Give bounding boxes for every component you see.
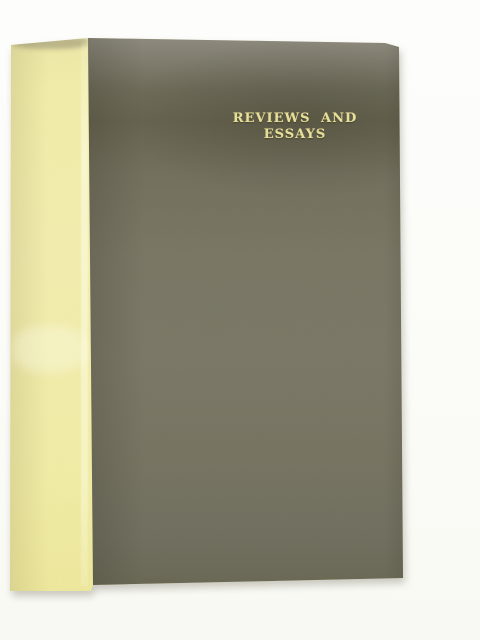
cover-title: REVIEWS AND ESSAYS bbox=[200, 111, 390, 143]
book: REVIEWS AND ESSAYS bbox=[0, 0, 480, 640]
book-photo: REVIEWS AND ESSAYS bbox=[0, 0, 480, 640]
spine-top-wear-mark bbox=[12, 36, 88, 49]
spine-highlight-patch bbox=[13, 326, 87, 372]
spine-joint-highlight bbox=[81, 42, 88, 586]
